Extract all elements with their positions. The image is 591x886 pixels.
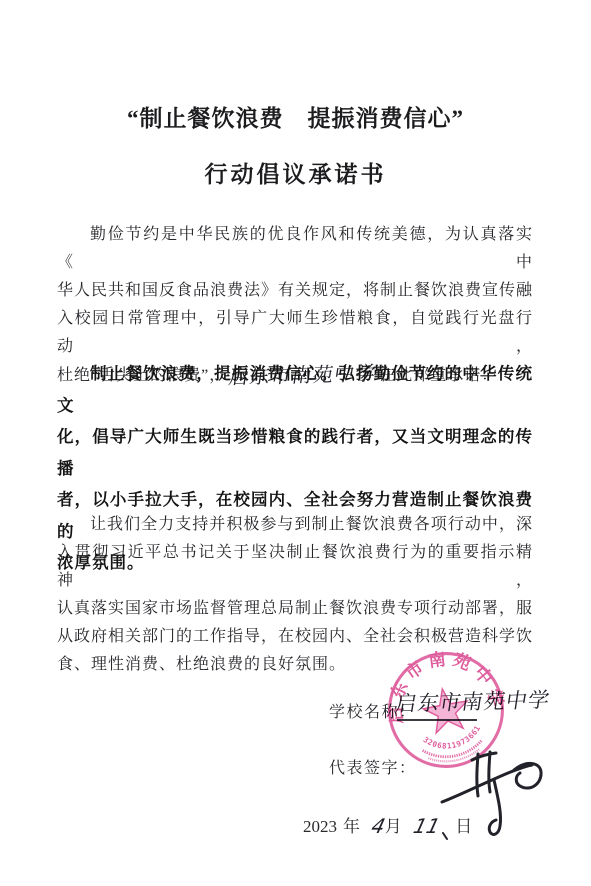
- document-page: “制止餐饮浪费 提振消费信心” 行动倡议承诺书 勤俭节约是中华民族的优良作风和传…: [0, 0, 591, 886]
- document-subtitle: 行动倡议承诺书: [0, 156, 591, 189]
- date-year-unit: 年: [343, 817, 360, 836]
- paragraph-line: 认真落实国家市场监督管理总局制止餐饮浪费专项行动部署，服: [57, 595, 533, 623]
- document-title: “制止餐饮浪费 提振消费信心”: [0, 100, 591, 133]
- representative-signature: [430, 740, 560, 844]
- paragraph-line: 化，倡导广大师生既当珍惜粮食的践行者，又当文明理念的传播: [57, 422, 533, 485]
- paragraph-line: 入校园日常管理中，引导广大师生珍惜粮食，自觉践行光盘行动，: [57, 305, 533, 361]
- pen-mark: [443, 833, 447, 839]
- date-month-unit: 月: [385, 817, 402, 836]
- paragraph-line: 入贯彻习近平总书记关于坚决制止餐饮浪费行为的重要指示精神，: [57, 539, 533, 595]
- paragraph-line: 让我们全力支持并积极参与到制止餐饮浪费各项行动中，深: [57, 511, 533, 539]
- paragraph-line: 勤俭节约是中华民族的优良作风和传统美德，为认真落实《中: [57, 221, 533, 277]
- paragraph-line: 华人民共和国反食品浪费法》有关规定，将制止餐饮浪费宣传融: [57, 277, 533, 305]
- seal-star: [420, 685, 471, 734]
- signature-stroke: [472, 753, 496, 760]
- date-year: 2023: [303, 817, 337, 836]
- paragraph-line: 制止餐饮浪费，提振消费信心。弘扬勤俭节约的中华传统文: [57, 359, 533, 422]
